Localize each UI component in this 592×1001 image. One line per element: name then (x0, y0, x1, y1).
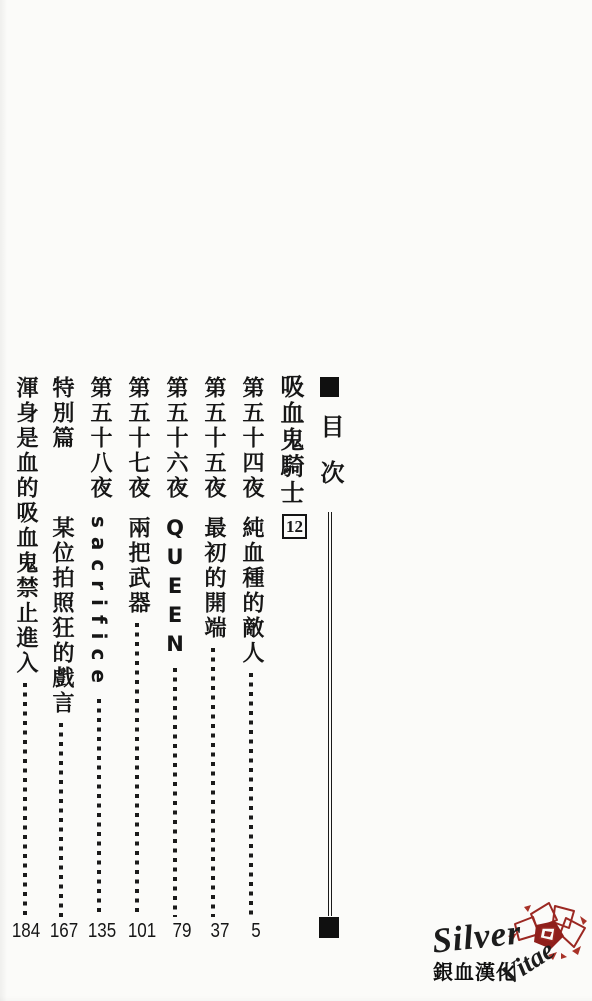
dot-leader (97, 699, 101, 917)
toc-entry: 第五十五夜 最初的開端 (200, 376, 226, 917)
volume-number: 12 (286, 518, 303, 535)
toc-entry: 第五十七夜 兩把武器 (124, 376, 150, 917)
page-number: 167 (50, 921, 78, 941)
chapter-label: 第五十六夜 (162, 376, 188, 516)
page-number: 135 (88, 921, 116, 941)
end-marker-square (319, 917, 339, 938)
group-name-en-top: Silver (430, 914, 523, 958)
scanlation-watermark: Silver 銀血漢化 Vitae (400, 895, 592, 995)
toc-entry: 第五十四夜 純血種的敵人 (238, 376, 264, 917)
page-number: 5 (251, 921, 260, 941)
page-number: 101 (128, 921, 156, 941)
manga-toc-page: 目次 吸血鬼騎士 12 第五十四夜 純血種的敵人 第五十五夜 最初的開端 第五十… (0, 0, 592, 1001)
chapter-title: sacrifice (86, 516, 112, 692)
dot-leader (59, 723, 63, 917)
chapter-label: 第五十五夜 (200, 376, 226, 516)
chapter-title: 純血種的敵人 (238, 516, 264, 666)
rose-icon (503, 898, 587, 966)
page-number: 37 (211, 921, 230, 941)
dot-leader (173, 668, 177, 917)
group-name-cn: 銀血漢化 (433, 956, 517, 985)
toc-marker-square (320, 377, 339, 397)
dot-leader (135, 623, 139, 917)
chapter-label: 第五十七夜 (124, 376, 150, 516)
page-number: 79 (173, 921, 192, 941)
chapter-label: 第五十四夜 (238, 376, 264, 516)
chapter-title: 兩把武器 (124, 516, 150, 616)
chapter-title: 最初的開端 (200, 516, 226, 641)
toc-entry: 特別篇 某位拍照狂的戲言 (48, 376, 74, 917)
toc-entry: 第五十八夜 sacrifice (86, 376, 112, 917)
vertical-rule (328, 512, 332, 916)
chapter-title: QUEEN (162, 516, 188, 661)
chapter-title: 渾身是血的吸血鬼禁止進入 (12, 376, 38, 676)
page-number: 184 (12, 921, 40, 941)
volume-number-box: 12 (282, 514, 307, 539)
toc-heading: 目次 (317, 414, 342, 506)
toc-entry: 第五十六夜 QUEEN (162, 376, 188, 917)
chapter-title: 某位拍照狂的戲言 (48, 516, 74, 716)
toc-entry: 渾身是血的吸血鬼禁止進入 (12, 376, 38, 917)
chapter-label: 特別篇 (48, 376, 74, 516)
series-title: 吸血鬼騎士 (277, 374, 303, 507)
group-name-en-bottom: Vitae (497, 936, 560, 990)
dot-leader (249, 673, 253, 917)
dot-leader (211, 648, 215, 917)
chapter-label: 第五十八夜 (86, 376, 112, 516)
dot-leader (23, 683, 27, 917)
